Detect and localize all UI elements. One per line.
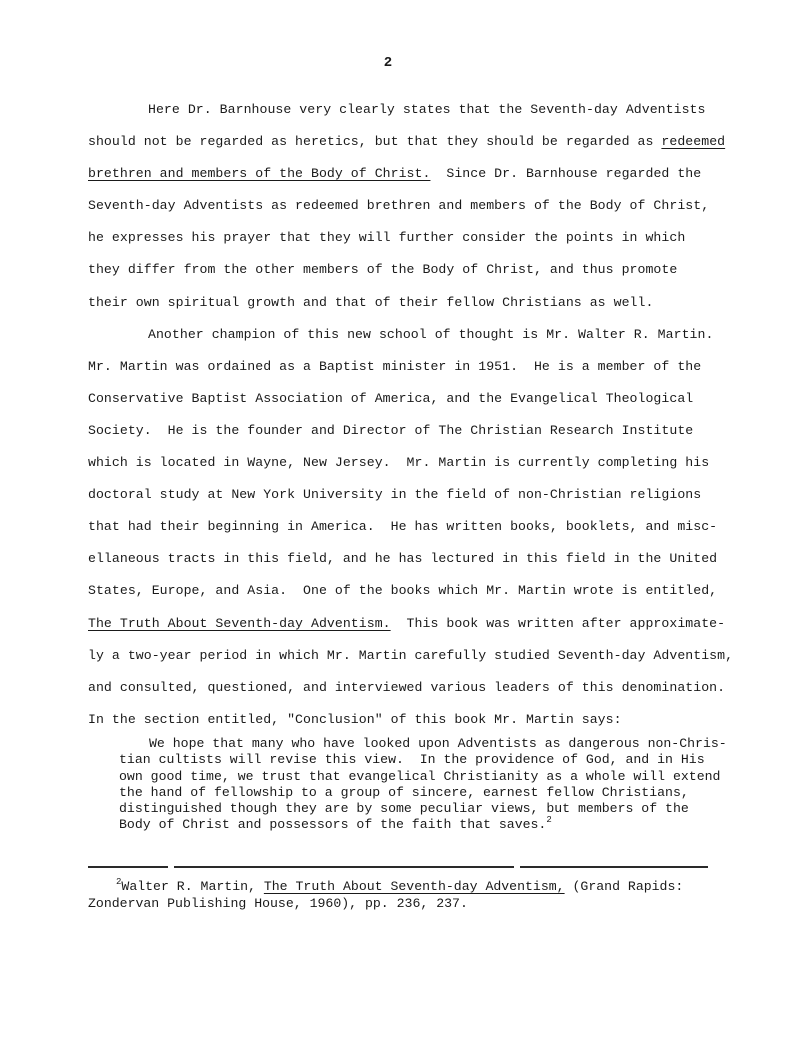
- page-number: 2: [0, 55, 776, 71]
- text-line: doctoral study at New York University in…: [88, 479, 748, 511]
- separator-segment: [88, 866, 168, 868]
- paragraph-1: Here Dr. Barnhouse very clearly states t…: [88, 94, 748, 319]
- text-span: doctoral study at New York University in…: [88, 487, 701, 502]
- text-span: States, Europe, and Asia. One of the boo…: [88, 583, 717, 598]
- block-quote: We hope that many who have looked upon A…: [119, 736, 739, 834]
- text-span: ly a two-year period in which Mr. Martin…: [88, 648, 733, 663]
- quote-line: distinguished though they are by some pe…: [119, 801, 739, 817]
- text-span: Here Dr. Barnhouse very clearly states t…: [148, 102, 705, 117]
- underlined-phrase: brethren and members of the Body of Chri…: [88, 166, 430, 181]
- text-line: The Truth About Seventh-day Adventism. T…: [88, 608, 748, 640]
- text-line: that had their beginning in America. He …: [88, 511, 748, 543]
- paragraph-2: Another champion of this new school of t…: [88, 319, 748, 736]
- text-span: Seventh-day Adventists as redeemed breth…: [88, 198, 709, 213]
- separator-segment: [174, 866, 514, 868]
- text-span: Another champion of this new school of t…: [148, 327, 713, 342]
- text-span: their own spiritual growth and that of t…: [88, 295, 653, 310]
- text-line: Conservative Baptist Association of Amer…: [88, 383, 748, 415]
- text-span: which is located in Wayne, New Jersey. M…: [88, 455, 709, 470]
- quote-line: Body of Christ and possessors of the fai…: [119, 817, 739, 833]
- text-span: ellaneous tracts in this field, and he h…: [88, 551, 717, 566]
- text-line: Mr. Martin was ordained as a Baptist min…: [88, 351, 748, 383]
- quote-line: own good time, we trust that evangelical…: [119, 769, 739, 785]
- text-line: Here Dr. Barnhouse very clearly states t…: [88, 94, 748, 126]
- text-span: In the section entitled, "Conclusion" of…: [88, 712, 622, 727]
- separator-segment: [520, 866, 708, 868]
- text-line: their own spiritual growth and that of t…: [88, 287, 748, 319]
- text-line: ly a two-year period in which Mr. Martin…: [88, 640, 748, 672]
- text-span: should not be regarded as heretics, but …: [88, 134, 661, 149]
- footnote-separator: [88, 866, 708, 868]
- text-span: Since Dr. Barnhouse regarded the: [430, 166, 701, 181]
- quote-line: tian cultists will revise this view. In …: [119, 752, 739, 768]
- text-line: In the section entitled, "Conclusion" of…: [88, 704, 748, 736]
- text-line: Another champion of this new school of t…: [88, 319, 748, 351]
- body-text: Here Dr. Barnhouse very clearly states t…: [88, 94, 748, 736]
- footnote-author: Walter R. Martin,: [121, 879, 263, 894]
- text-line: should not be regarded as heretics, but …: [88, 126, 748, 158]
- quote-line: the hand of fellowship to a group of sin…: [119, 785, 739, 801]
- text-span: Mr. Martin was ordained as a Baptist min…: [88, 359, 701, 374]
- footnote-line: Zondervan Publishing House, 1960), pp. 2…: [88, 896, 748, 913]
- text-line: they differ from the other members of th…: [88, 254, 748, 286]
- footnote-line: 2Walter R. Martin, The Truth About Seven…: [88, 879, 748, 896]
- text-span: Conservative Baptist Association of Amer…: [88, 391, 693, 406]
- text-line: he expresses his prayer that they will f…: [88, 222, 748, 254]
- text-line: Society. He is the founder and Director …: [88, 415, 748, 447]
- text-line: ellaneous tracts in this field, and he h…: [88, 543, 748, 575]
- book-title-underlined: The Truth About Seventh-day Adventism.: [88, 616, 391, 631]
- text-span: he expresses his prayer that they will f…: [88, 230, 685, 245]
- text-span: and consulted, questioned, and interview…: [88, 680, 725, 695]
- text-span: Society. He is the founder and Director …: [88, 423, 693, 438]
- footnote-book-title: The Truth About Seventh-day Adventism,: [264, 879, 565, 894]
- text-line: Seventh-day Adventists as redeemed breth…: [88, 190, 748, 222]
- text-span: (Grand Rapids:: [565, 879, 684, 894]
- text-span: that had their beginning in America. He …: [88, 519, 717, 534]
- document-page: 2 Here Dr. Barnhouse very clearly states…: [0, 0, 800, 1050]
- text-line: brethren and members of the Body of Chri…: [88, 158, 748, 190]
- text-line: States, Europe, and Asia. One of the boo…: [88, 575, 748, 607]
- text-span: Body of Christ and possessors of the fai…: [119, 817, 546, 832]
- underlined-phrase: redeemed: [661, 134, 725, 149]
- footnote-reference: 2: [546, 815, 551, 825]
- text-span: This book was written after approximate-: [391, 616, 725, 631]
- quote-line: We hope that many who have looked upon A…: [119, 736, 739, 752]
- footnote: 2Walter R. Martin, The Truth About Seven…: [88, 879, 748, 912]
- text-line: which is located in Wayne, New Jersey. M…: [88, 447, 748, 479]
- text-span: they differ from the other members of th…: [88, 262, 677, 277]
- text-line: and consulted, questioned, and interview…: [88, 672, 748, 704]
